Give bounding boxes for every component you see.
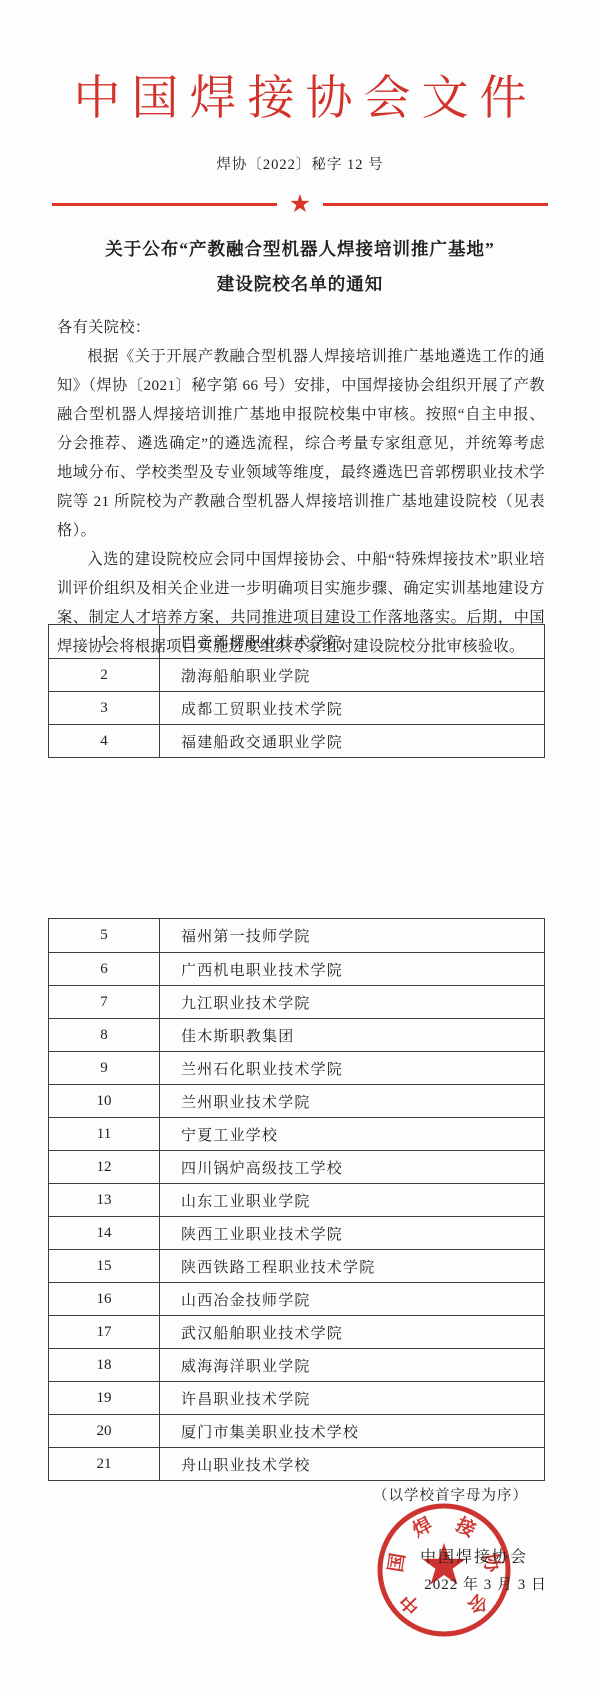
school-name: 渤海船舶职业学院 — [160, 659, 544, 691]
star-icon: ★ — [289, 192, 311, 218]
document-body: 各有关院校： 根据《关于开展产教融合型机器人焊接培训推广基地遴选工作的通知》（焊… — [57, 313, 545, 661]
row-number: 16 — [49, 1283, 160, 1315]
school-name: 陕西铁路工程职业技术学院 — [160, 1250, 544, 1282]
school-name: 广西机电职业技术学院 — [160, 953, 544, 985]
paragraph-1: 根据《关于开展产教融合型机器人焊接培训推广基地遴选工作的通知》（焊协〔2021〕… — [57, 342, 545, 545]
table-row: 11宁夏工业学校 — [49, 1117, 544, 1150]
row-number: 5 — [49, 919, 160, 952]
school-name: 宁夏工业学校 — [160, 1118, 544, 1150]
signature-org: 中国焊接协会 — [420, 1544, 528, 1567]
row-number: 4 — [49, 725, 160, 757]
row-number: 20 — [49, 1415, 160, 1447]
table-row: 12四川锅炉高级技工学校 — [49, 1150, 544, 1183]
table-row: 1巴音郭楞职业技术学院 — [49, 625, 544, 658]
row-number: 21 — [49, 1448, 160, 1480]
table-row: 13山东工业职业学院 — [49, 1183, 544, 1216]
school-name: 巴音郭楞职业技术学院 — [160, 625, 544, 658]
row-number: 3 — [49, 692, 160, 724]
row-number: 18 — [49, 1349, 160, 1381]
table-row: 7九江职业技术学院 — [49, 985, 544, 1018]
seal-char: 国 — [385, 1552, 410, 1574]
row-number: 17 — [49, 1316, 160, 1348]
row-number: 7 — [49, 986, 160, 1018]
row-number: 12 — [49, 1151, 160, 1183]
table-row: 10兰州职业技术学院 — [49, 1084, 544, 1117]
school-name: 山东工业职业学院 — [160, 1184, 544, 1216]
table-row: 17武汉船舶职业技术学院 — [49, 1315, 544, 1348]
row-number: 10 — [49, 1085, 160, 1117]
official-seal: 中 国 焊 接 协 会 — [374, 1500, 514, 1640]
row-number: 2 — [49, 659, 160, 691]
school-name: 山西冶金技师学院 — [160, 1283, 544, 1315]
table-row: 4福建船政交通职业学院 — [49, 724, 544, 757]
table-row: 9兰州石化职业技术学院 — [49, 1051, 544, 1084]
signature-date: 2022 年 3 月 3 日 — [424, 1573, 547, 1594]
table-row: 16山西冶金技师学院 — [49, 1282, 544, 1315]
table-row: 15陕西铁路工程职业技术学院 — [49, 1249, 544, 1282]
school-name: 舟山职业技术学校 — [160, 1448, 544, 1480]
letterhead-title: 中国焊接协会文件 — [0, 74, 600, 126]
salutation: 各有关院校： — [57, 313, 545, 342]
school-name: 福州第一技师学院 — [160, 919, 544, 952]
row-number: 11 — [49, 1118, 160, 1150]
school-name: 兰州职业技术学院 — [160, 1085, 544, 1117]
row-number: 6 — [49, 953, 160, 985]
table-row: 2渤海船舶职业学院 — [49, 658, 544, 691]
school-name: 佳木斯职教集团 — [160, 1019, 544, 1051]
school-name: 四川锅炉高级技工学校 — [160, 1151, 544, 1183]
table-row: 3成都工贸职业技术学院 — [49, 691, 544, 724]
row-number: 9 — [49, 1052, 160, 1084]
divider-line-left — [52, 203, 277, 206]
row-number: 1 — [49, 625, 160, 658]
table-row: 18威海海洋职业学院 — [49, 1348, 544, 1381]
table-row: 21舟山职业技术学校 — [49, 1447, 544, 1480]
red-divider: ★ — [52, 192, 548, 218]
row-number: 8 — [49, 1019, 160, 1051]
school-name: 许昌职业技术学院 — [160, 1382, 544, 1414]
school-name: 陕西工业职业技术学院 — [160, 1217, 544, 1249]
divider-line-right — [323, 203, 548, 206]
table-row: 14陕西工业职业技术学院 — [49, 1216, 544, 1249]
school-name: 武汉船舶职业技术学院 — [160, 1316, 544, 1348]
document-number: 焊协〔2022〕秘字 12 号 — [0, 153, 600, 174]
table-row: 20厦门市集美职业技术学校 — [49, 1414, 544, 1447]
document-title: 关于公布“产教融合型机器人焊接培训推广基地” 建设院校名单的通知 — [0, 232, 600, 302]
table-row: 19许昌职业技术学院 — [49, 1381, 544, 1414]
table-row: 6广西机电职业技术学院 — [49, 952, 544, 985]
table-row: 5福州第一技师学院 — [49, 919, 544, 952]
row-number: 13 — [49, 1184, 160, 1216]
school-name: 九江职业技术学院 — [160, 986, 544, 1018]
row-number: 14 — [49, 1217, 160, 1249]
row-number: 19 — [49, 1382, 160, 1414]
document-page: 中国焊接协会文件 焊协〔2022〕秘字 12 号 ★ 关于公布“产教融合型机器人… — [0, 0, 600, 1696]
school-name: 厦门市集美职业技术学校 — [160, 1415, 544, 1447]
row-number: 15 — [49, 1250, 160, 1282]
table-row: 8佳木斯职教集团 — [49, 1018, 544, 1051]
document-title-line2: 建设院校名单的通知 — [0, 267, 600, 302]
school-table-page1: 1巴音郭楞职业技术学院2渤海船舶职业学院3成都工贸职业技术学院4福建船政交通职业… — [48, 624, 545, 758]
document-title-line1: 关于公布“产教融合型机器人焊接培训推广基地” — [0, 232, 600, 267]
school-name: 福建船政交通职业学院 — [160, 725, 544, 757]
school-table-page2: 5福州第一技师学院6广西机电职业技术学院7九江职业技术学院8佳木斯职教集团9兰州… — [48, 918, 545, 1481]
school-name: 威海海洋职业学院 — [160, 1349, 544, 1381]
school-name: 兰州石化职业技术学院 — [160, 1052, 544, 1084]
school-name: 成都工贸职业技术学院 — [160, 692, 544, 724]
